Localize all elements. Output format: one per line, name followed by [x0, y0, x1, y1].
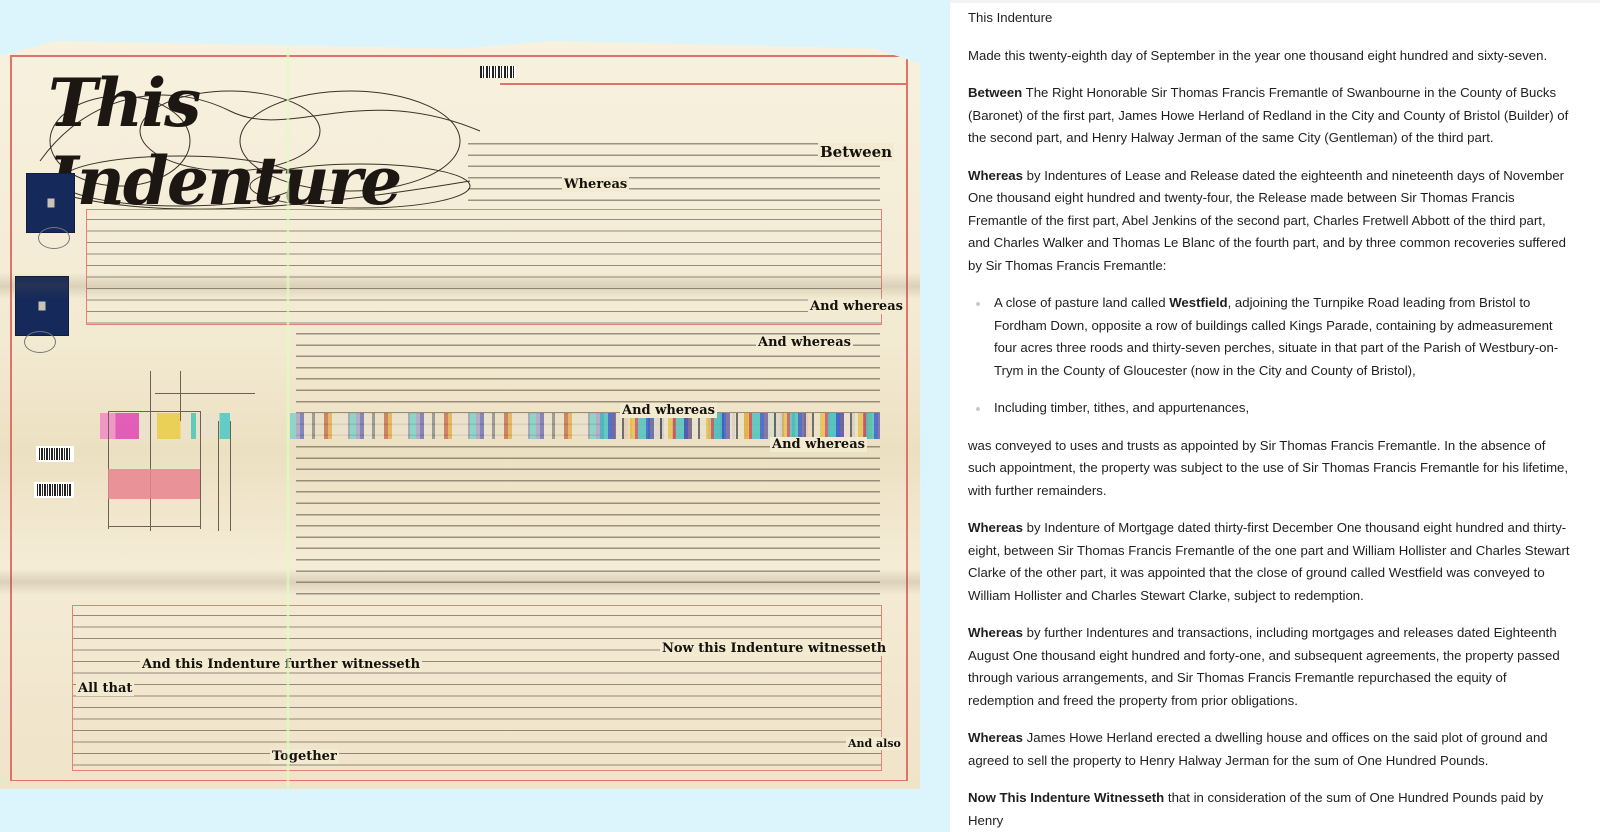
handwritten-text-block — [296, 325, 880, 595]
gothic-keyword: Whereas — [562, 177, 629, 192]
postmark — [38, 227, 70, 249]
highlighted-plot — [108, 469, 200, 499]
keyword-between: Between — [968, 85, 1022, 100]
deed-scan-image[interactable]: This Indenture Between Whereas And where… — [0, 41, 920, 789]
transcript-made-line: Made this twenty-eighth day of September… — [968, 45, 1570, 68]
paper-fold — [286, 41, 290, 789]
list-item: A close of pasture land called Westfield… — [994, 292, 1570, 382]
red-ruled-border-inner — [500, 83, 908, 85]
property-plan-drawing — [100, 371, 260, 531]
paper-fold — [0, 569, 920, 595]
transcription-text: This Indenture Made this twenty-eighth d… — [950, 3, 1600, 832]
keyword-whereas: Whereas — [968, 168, 1023, 183]
keyword-whereas: Whereas — [968, 730, 1023, 745]
deed-title-calligraphy: This Indenture — [48, 77, 468, 207]
gothic-keyword: And this Indenture further witnesseth — [140, 657, 422, 672]
gothic-keyword: Now this Indenture witnesseth — [660, 641, 888, 656]
transcript-whereas-paragraph: Whereas by further Indentures and transa… — [968, 622, 1570, 712]
keyword-witnesseth: Now This Indenture Witnesseth — [968, 790, 1164, 805]
keyword-whereas: Whereas — [968, 520, 1023, 535]
gothic-keyword: And whereas — [756, 335, 853, 350]
document-image-viewer: This Indenture Between Whereas And where… — [0, 0, 950, 832]
transcript-witnesseth-paragraph: Now This Indenture Witnesseth that in co… — [968, 787, 1570, 832]
paper-fold — [0, 273, 920, 299]
barcode-label — [34, 482, 74, 498]
gothic-keyword: Together — [270, 749, 339, 764]
handwritten-text-block — [72, 605, 882, 771]
transcript-title: This Indenture — [968, 7, 1570, 30]
handwritten-text-block — [86, 209, 882, 325]
gothic-keyword: And whereas — [808, 299, 905, 314]
postmark — [24, 331, 56, 353]
transcript-whereas-paragraph: Whereas by Indentures of Lease and Relea… — [968, 165, 1570, 278]
transcription-panel[interactable]: This Indenture Made this twenty-eighth d… — [950, 0, 1600, 832]
gothic-keyword: Between — [818, 143, 894, 161]
property-description-list: A close of pasture land called Westfield… — [968, 292, 1570, 420]
keyword-whereas: Whereas — [968, 625, 1023, 640]
transcript-between-paragraph: Between The Right Honorable Sir Thomas F… — [968, 82, 1570, 150]
barcode-label — [36, 446, 74, 462]
gothic-keyword: All that — [76, 681, 134, 696]
transcript-conveyed-paragraph: was conveyed to uses and trusts as appoi… — [968, 435, 1570, 503]
list-item: Including timber, tithes, and appurtenan… — [994, 397, 1570, 420]
revenue-stamp — [26, 173, 75, 233]
transcript-whereas-paragraph: Whereas by Indenture of Mortgage dated t… — [968, 517, 1570, 607]
barcode-label — [480, 66, 516, 78]
keyword-westfield: Westfield — [1169, 295, 1227, 310]
transcript-whereas-paragraph: Whereas James Howe Herland erected a dwe… — [968, 727, 1570, 772]
gothic-keyword: And also — [846, 737, 903, 750]
gothic-keyword: And whereas — [620, 403, 717, 418]
gothic-keyword: And whereas — [770, 437, 867, 452]
